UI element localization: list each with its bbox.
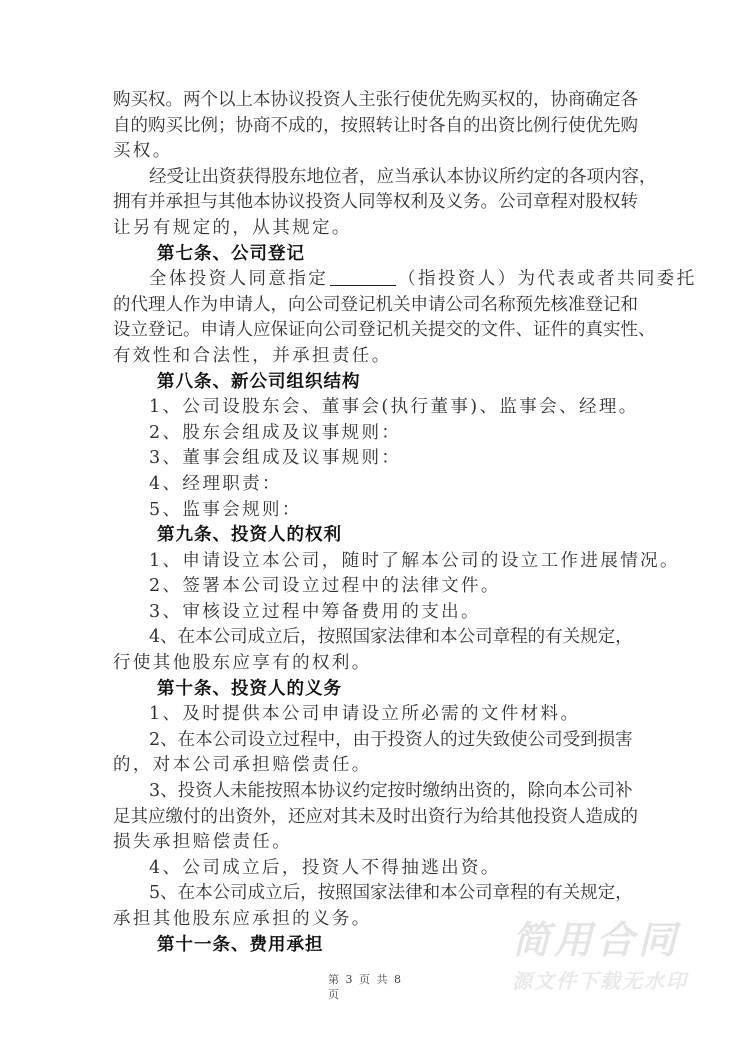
body-line: 买权。 bbox=[113, 139, 629, 165]
paragraph-first-line: 4、经理职责： bbox=[113, 472, 629, 498]
body-line: 的，对本公司承担赔偿责任。 bbox=[113, 753, 629, 779]
page-number-line-2: 页 bbox=[328, 987, 402, 1002]
paragraph-first-line: 3、审核设立过程中筹备费用的支出。 bbox=[113, 600, 629, 626]
body-line: 让另有规定的，从其规定。 bbox=[113, 216, 629, 242]
body-line: 承担其他股东应承担的义务。 bbox=[113, 907, 629, 933]
text-after-blank: （指投资人）为代表或者共同委托 bbox=[398, 269, 697, 289]
section-heading: 第十条、投资人的义务 bbox=[113, 677, 629, 703]
paragraph-first-line: 2、股东会组成及议事规则： bbox=[113, 421, 629, 447]
body-line: 自的购买比例；协商不成的，按照转让时各自的出资比例行使优先购 bbox=[113, 114, 629, 140]
paragraph-first-line: 2、签署本公司设立过程中的法律文件。 bbox=[113, 574, 629, 600]
paragraph-first-line: 5、在本公司成立后，按照国家法律和本公司章程的有关规定， bbox=[113, 881, 629, 907]
paragraph-first-line: 5、监事会规则： bbox=[113, 498, 629, 524]
section-heading: 第九条、投资人的权利 bbox=[113, 523, 629, 549]
page-footer: 第 3 页 共 8 页 bbox=[328, 972, 402, 1002]
paragraph-first-line: 1、及时提供本公司申请设立所必需的文件材料。 bbox=[113, 702, 629, 728]
section-heading: 第七条、公司登记 bbox=[113, 242, 629, 268]
body-line: 拥有并承担与其他本协议投资人同等权利及义务。公司章程对股权转 bbox=[113, 190, 629, 216]
paragraph-first-line: 2、在本公司设立过程中，由于投资人的过失致使公司受到损害 bbox=[113, 728, 629, 754]
paragraph-first-line: 1、公司设股东会、董事会(执行董事)、监事会、经理。 bbox=[113, 395, 629, 421]
fill-in-blank bbox=[330, 267, 396, 286]
paragraph-first-line: 3、董事会组成及议事规则： bbox=[113, 446, 629, 472]
body-line: 购买权。两个以上本协议投资人主张行使优先购买权的，协商确定各 bbox=[113, 88, 629, 114]
watermark-subtitle: 源文件下载无水印 bbox=[512, 968, 712, 994]
section-heading: 第八条、新公司组织结构 bbox=[113, 370, 629, 396]
body-line: 设立登记。申请人应保证向公司登记机关提交的文件、证件的真实性、 bbox=[113, 318, 629, 344]
body-line: 行使其他股东应享有的权利。 bbox=[113, 651, 629, 677]
page-number-line-1: 第 3 页 共 8 bbox=[328, 972, 402, 987]
paragraph-first-line: 3、投资人未能按照本协议约定按时缴纳出资的，除向本公司补 bbox=[113, 779, 629, 805]
document-body: 购买权。两个以上本协议投资人主张行使优先购买权的，协商确定各自的购买比例；协商不… bbox=[113, 88, 629, 958]
paragraph-first-line: 4、在本公司成立后，按照国家法律和本公司章程的有关规定， bbox=[113, 625, 629, 651]
paragraph-first-line: 经受让出资获得股东地位者，应当承认本协议所约定的各项内容， bbox=[113, 165, 629, 191]
body-line: 有效性和合法性，并承担责任。 bbox=[113, 344, 629, 370]
paragraph-first-line: 4、公司成立后，投资人不得抽逃出资。 bbox=[113, 856, 629, 882]
document-page: 购买权。两个以上本协议投资人主张行使优先购买权的，协商确定各自的购买比例；协商不… bbox=[0, 0, 742, 1049]
body-line-with-blank: 全体投资人同意指定（指投资人）为代表或者共同委托 bbox=[113, 267, 629, 293]
text-before-blank: 全体投资人同意指定 bbox=[149, 269, 328, 289]
body-line: 损失承担赔偿责任。 bbox=[113, 830, 629, 856]
body-line: 足其应缴付的出资外，还应对其未及时出资行为给其他投资人造成的 bbox=[113, 805, 629, 831]
body-line: 的代理人作为申请人，向公司登记机关申请公司名称预先核准登记和 bbox=[113, 293, 629, 319]
section-heading: 第十一条、费用承担 bbox=[113, 933, 629, 959]
paragraph-first-line: 1、申请设立本公司，随时了解本公司的设立工作进展情况。 bbox=[113, 549, 629, 575]
